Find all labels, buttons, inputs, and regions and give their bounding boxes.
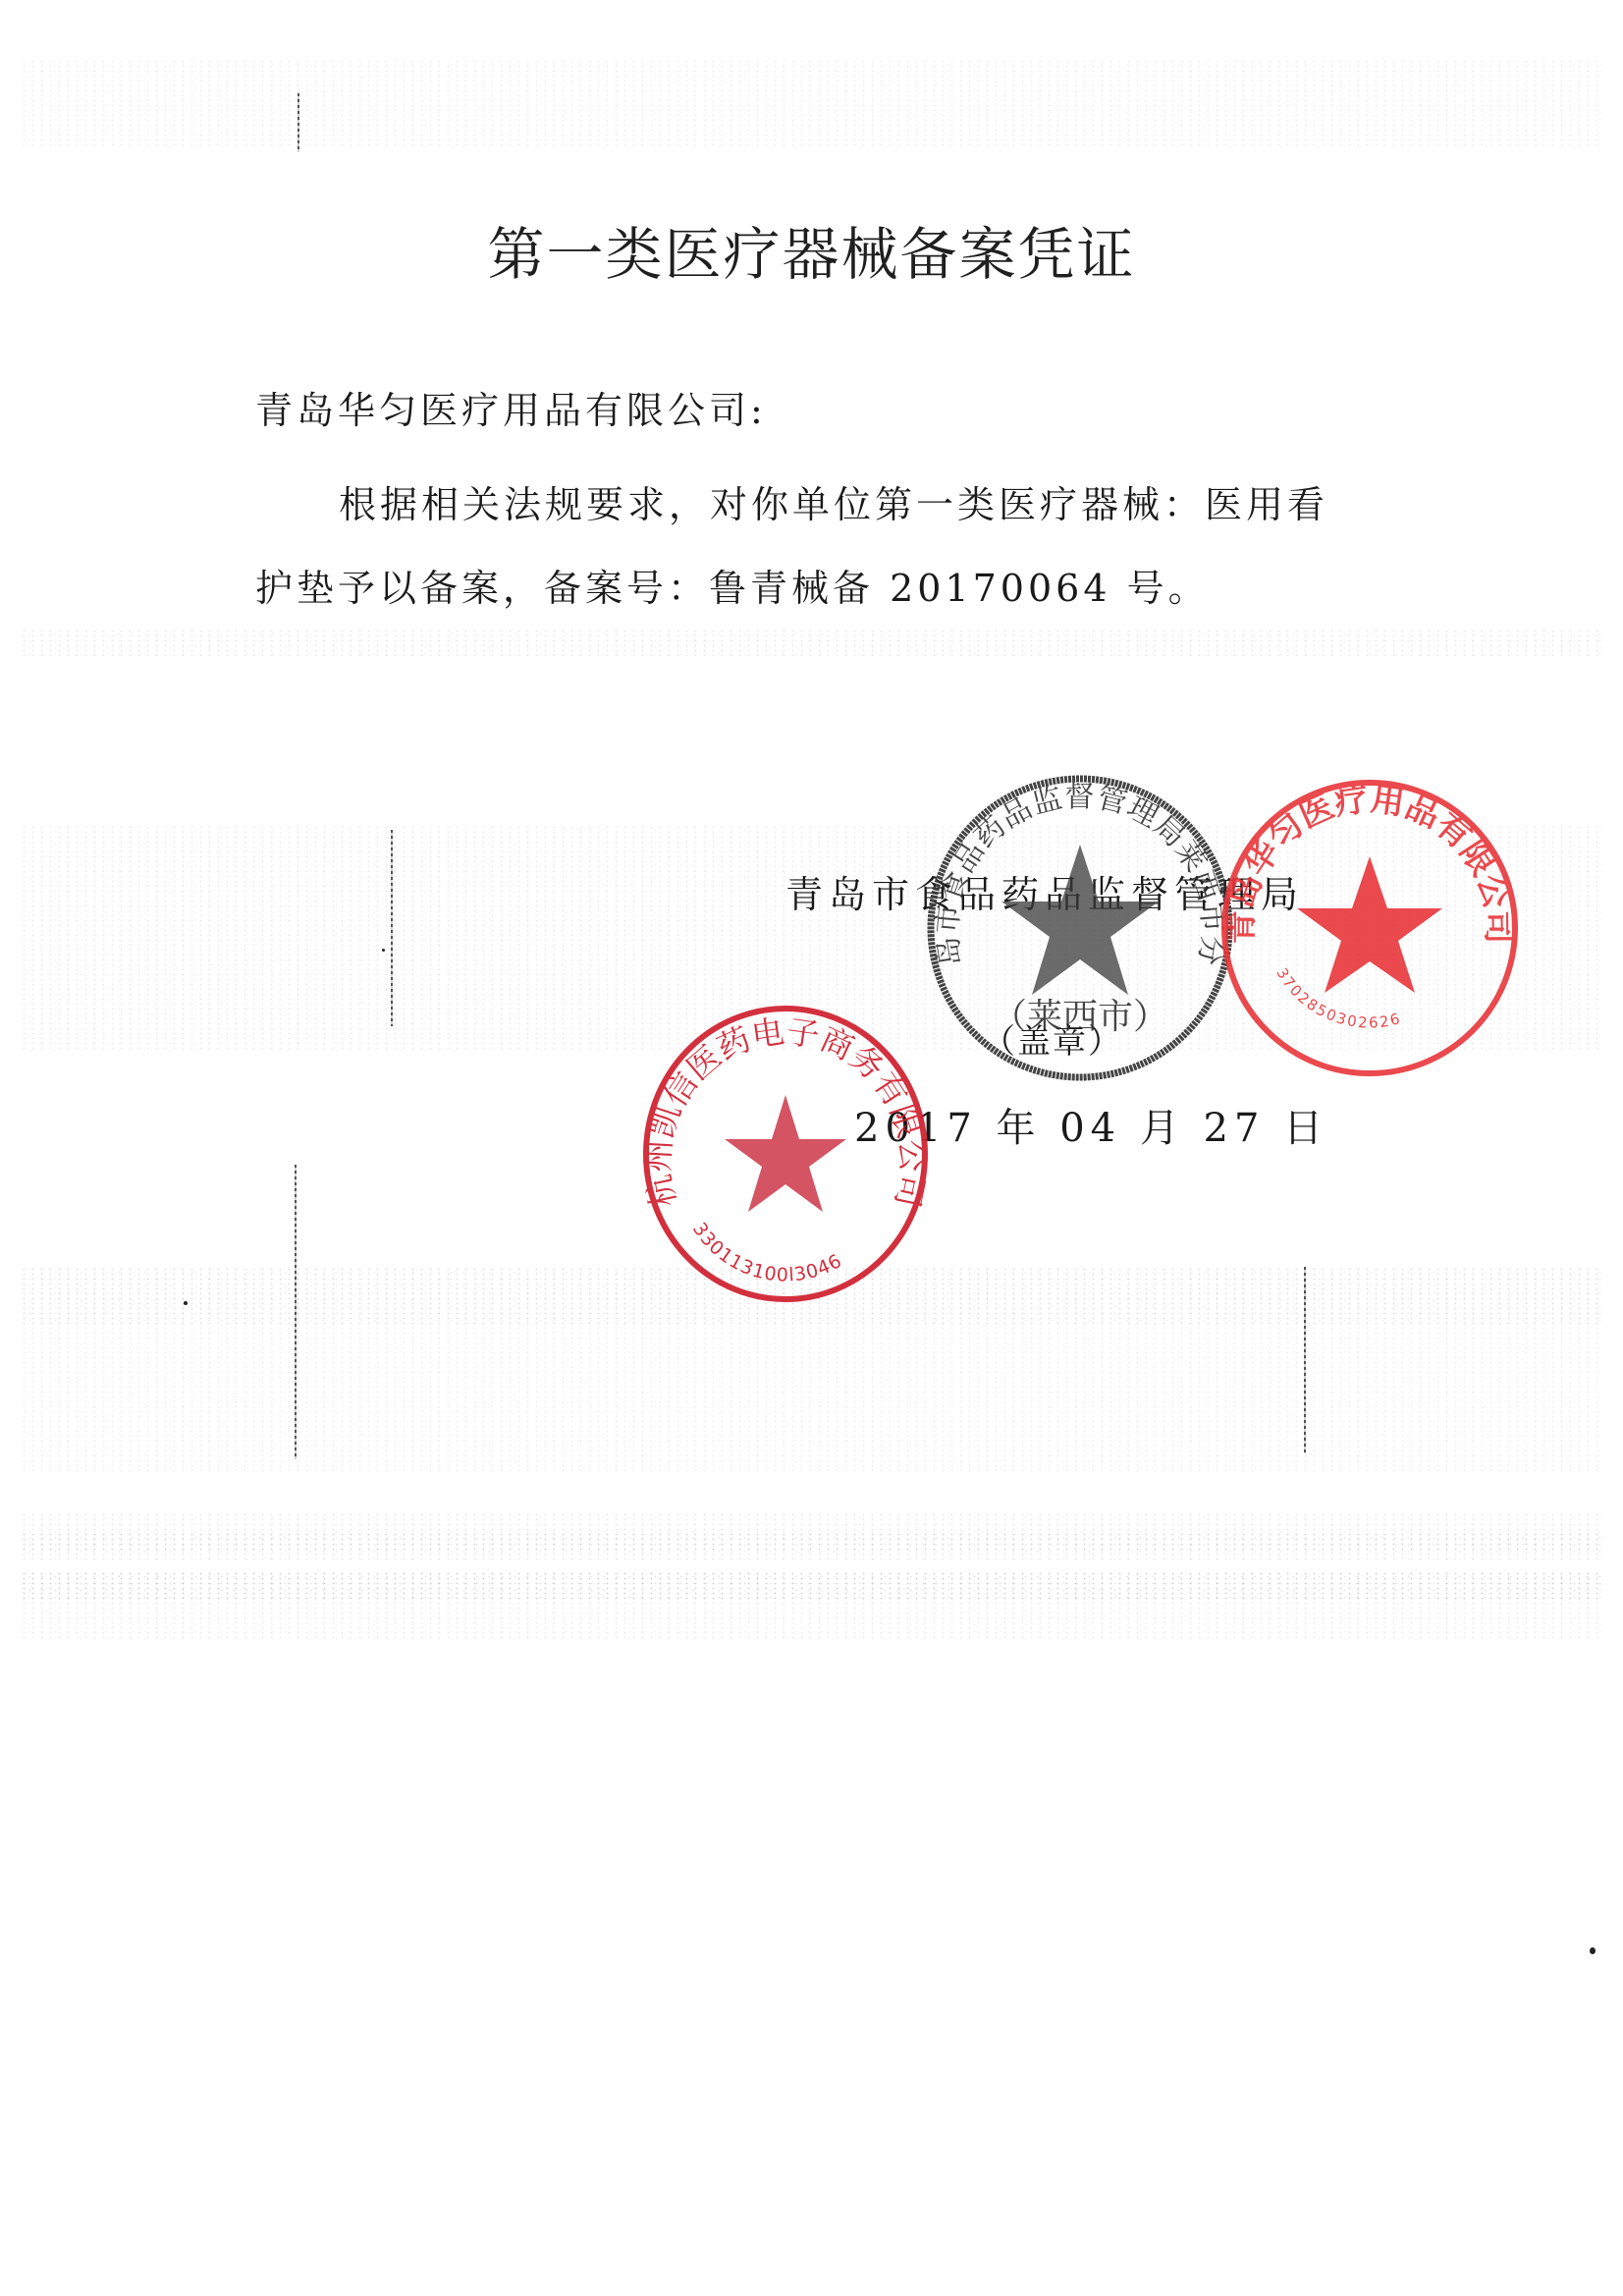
company-stamp: 青岛华匀医疗用品有限公司 3702850302626	[1217, 776, 1522, 1080]
addressee: 青岛华匀医疗用品有限公司:	[255, 380, 767, 434]
scan-noise	[20, 1532, 1603, 1552]
issuer-stamp: 青岛市食品药品监督管理局莱西市分局 （莱西市）	[923, 771, 1237, 1085]
scan-noise	[20, 1571, 1603, 1640]
body-text-line-2: 护垫予以备案，备案号：鲁青械备 20170064 号。	[255, 558, 1210, 612]
scan-line	[298, 93, 299, 152]
scan-speck	[1590, 1947, 1596, 1954]
issuer-stamp-center: （莱西市）	[992, 997, 1168, 1037]
scan-line	[295, 1165, 297, 1459]
star-icon	[725, 1095, 846, 1212]
body-text-line-1: 根据相关法规要求，对你单位第一类医疗器械：医用看	[339, 474, 1328, 528]
scan-noise	[20, 1326, 1603, 1473]
page-title: 第一类医疗器械备案凭证	[0, 208, 1623, 291]
scan-noise	[20, 59, 1603, 147]
scan-noise	[20, 629, 1603, 658]
scan-line	[1304, 1267, 1306, 1453]
star-icon	[1001, 845, 1159, 995]
scan-line	[391, 830, 393, 1026]
star-icon	[1297, 856, 1442, 993]
scan-speck	[184, 1301, 188, 1305]
scan-speck	[382, 949, 385, 952]
partner-stamp: 杭州凯信医药电子商务有限公司 330113100l3046	[638, 1002, 933, 1306]
